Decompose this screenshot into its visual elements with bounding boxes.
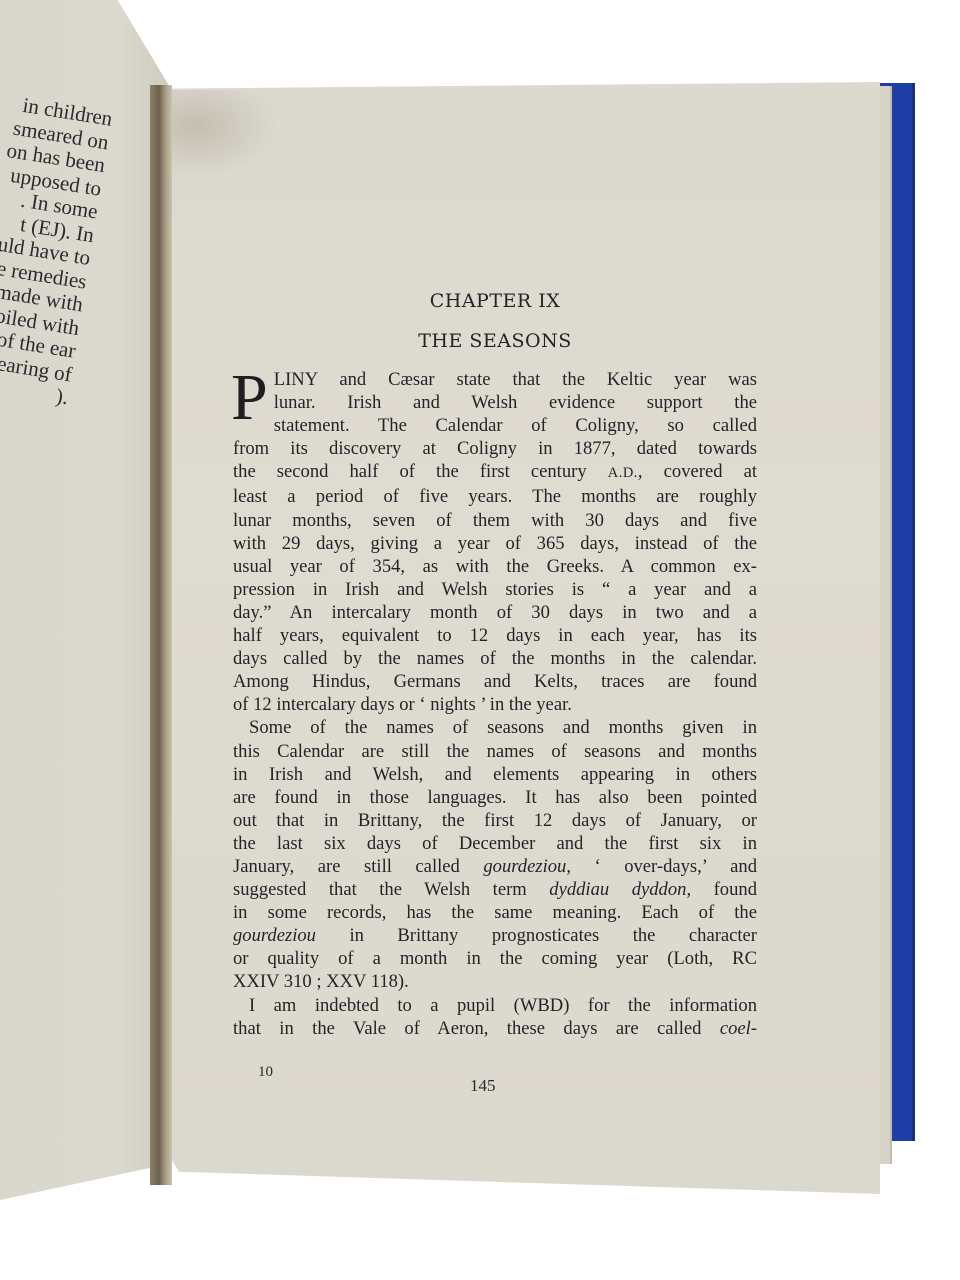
paragraph-1: P LINY and Cæsar state that the Keltic y… [233,368,757,716]
text-line: out that in Brittany, the first 12 days … [233,809,757,832]
text-line: half years, equivalent to 12 days in eac… [233,624,757,647]
text-line: day.” An intercalary month of 30 days in… [233,601,757,624]
text-line: Some of the names of seasons and months … [233,716,757,739]
italic-term: dyddiau dyddon [549,879,686,900]
text-line: January, are still called gourdeziou, ‘ … [233,855,757,878]
text-line: Among Hindus, Germans and Kelts, traces … [233,670,757,693]
text-line: or quality of a month in the coming year… [233,947,757,970]
left-page: in children smeared on on has been uppos… [0,0,168,1200]
text-line: from its discovery at Coligny in 1877, d… [233,437,757,460]
text-line: usual year of 354, as with the Greeks. A… [233,555,757,578]
text-line: pression in Irish and Welsh stories is “… [233,578,757,601]
text-line: lunar months, seven of them with 30 days… [233,509,757,532]
text-span: in Brittany prognosticates the character [316,925,757,946]
text-line: the second half of the first century A.D… [233,460,757,485]
text-line: lunar. Irish and Welsh evidence support … [233,391,757,414]
text-line: least a period of five years. The months… [233,485,757,508]
text-line: that in the Vale of Aeron, these days ar… [233,1017,757,1040]
book-gutter [150,85,172,1185]
text-line: this Calendar are still the names of sea… [233,740,757,763]
text-line: LINY and Cæsar state that the Keltic yea… [233,368,757,391]
signature-mark: 10 [258,1064,273,1081]
italic-term: gourdeziou [483,856,566,877]
paragraph-3: I am indebted to a pupil (WBD) for the i… [233,994,757,1040]
text-line: XXIV 310 ; XXV 118). [233,970,757,993]
text-line: in Irish and Welsh, and elements appeari… [233,763,757,786]
text-span: suggested that the Welsh term [233,879,549,900]
text-line: are found in those languages. It has als… [233,786,757,809]
paragraph-2: Some of the names of seasons and months … [233,716,757,993]
text-line: statement. The Calendar of Coligny, so c… [233,414,757,437]
text-span: , found [686,879,757,900]
italic-term: coel- [720,1018,757,1039]
page-stain [160,90,280,180]
text-line: in some records, has the same meaning. E… [233,901,757,924]
text-span: January, are still called [233,856,483,877]
page-number: 145 [470,1076,496,1096]
small-caps-ad: A.D. [608,465,638,481]
text-span: the second half of the first century [233,461,587,482]
text-line: of 12 intercalary days or ‘ nights ’ in … [233,693,757,716]
chapter-title: THE SEASONS [233,330,757,352]
text-line: suggested that the Welsh term dyddiau dy… [233,878,757,901]
text-line: gourdeziou in Brittany prognosticates th… [233,924,757,947]
chapter-number: CHAPTER IX [233,290,757,312]
right-page-text: CHAPTER IX THE SEASONS P LINY and Cæsar … [233,290,757,1040]
text-line: days called by the names of the months i… [233,647,757,670]
text-line: with 29 days, giving a year of 365 days,… [233,532,757,555]
text-span: , ‘ over-days,’ and [566,856,757,877]
left-page-text: in children smeared on on has been uppos… [0,90,114,410]
text-line: the last six days of December and the fi… [233,832,757,855]
text-line: I am indebted to a pupil (WBD) for the i… [233,994,757,1017]
text-span: , covered at [638,461,757,482]
drop-cap: P [231,370,268,426]
italic-term: gourdeziou [233,925,316,946]
text-span: that in the Vale of Aeron, these days ar… [233,1018,720,1039]
